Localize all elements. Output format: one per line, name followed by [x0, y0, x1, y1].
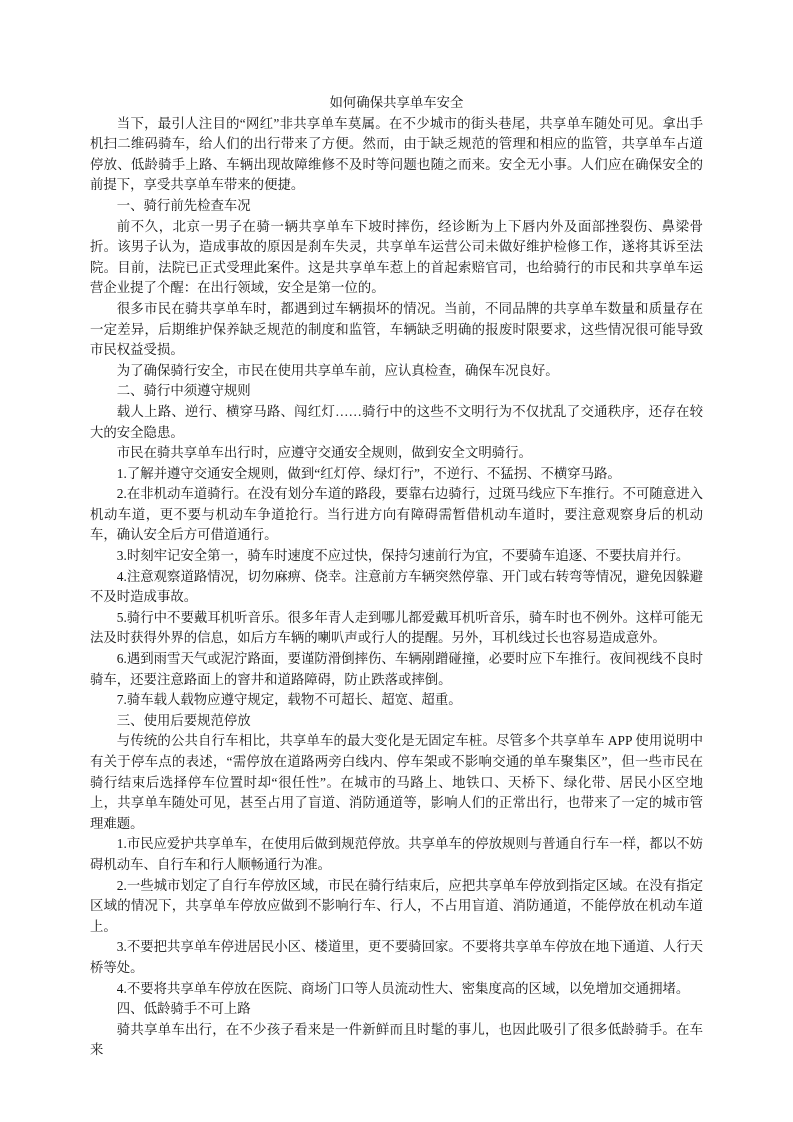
body-paragraph: 市民在骑共享单车出行时，应遵守交通安全规则，做到安全文明骑行。 [90, 443, 703, 464]
section-heading: 二、骑行中须遵守规则 [90, 381, 703, 402]
list-item-paragraph: 2.在非机动车道骑行。在没有划分车道的路段，要靠右边骑行，过斑马线应下车推行。不… [90, 484, 703, 546]
section-heading: 四、低龄骑手不可上路 [90, 999, 703, 1020]
body-paragraph: 前不久，北京一男子在骑一辆共享单车下坡时摔伤，经诊断为上下唇内外及面部挫裂伤、鼻… [90, 217, 703, 299]
list-item-paragraph: 1.市民应爱护共享单车，在使用后做到规范停放。共享单车的停放规则与普通自行车一样… [90, 834, 703, 875]
section-heading: 三、使用后要规范停放 [90, 711, 703, 732]
list-item-paragraph: 4.注意观察道路情况，切勿麻痹、侥幸。注意前方车辆突然停靠、开门或右转弯等情况，… [90, 567, 703, 608]
list-item-paragraph: 4.不要将共享单车停放在医院、商场门口等人员流动性大、密集度高的区域，以免增加交… [90, 979, 703, 1000]
body-paragraph: 很多市民在骑共享单车时，都遇到过车辆损坏的情况。当前，不同品牌的共享单车数量和质… [90, 299, 703, 361]
document-content: 如何确保共享单车安全 当下，最引人注目的“网红”非共享单车莫属。在不少城市的街头… [90, 93, 703, 1061]
body-paragraph: 骑共享单车出行，在不少孩子看来是一件新鲜而且时髦的事儿，也因此吸引了很多低龄骑手… [90, 1020, 703, 1061]
list-item-paragraph: 2.一些城市划定了自行车停放区域，市民在骑行结束后，应把共享单车停放到指定区域。… [90, 876, 703, 938]
body-paragraph: 为了确保骑行安全，市民在使用共享单车前，应认真检查，确保车况良好。 [90, 361, 703, 382]
body-paragraph: 与传统的公共自行车相比，共享单车的最大变化是无固定车桩。尽管多个共享单车 APP… [90, 731, 703, 834]
list-item-paragraph: 6.遇到雨雪天气或泥泞路面，要谨防滑倒摔伤、车辆剐蹭碰撞，必要时应下车推行。夜间… [90, 649, 703, 690]
list-item-paragraph: 3.不要把共享单车停进居民小区、楼道里，更不要骑回家。不要将共享单车停放在地下通… [90, 937, 703, 978]
body-paragraph: 当下，最引人注目的“网红”非共享单车莫属。在不少城市的街头巷尾，共享单车随处可见… [90, 114, 703, 196]
list-item-paragraph: 7.骑车载人载物应遵守规定，载物不可超长、超宽、超重。 [90, 690, 703, 711]
list-item-paragraph: 5.骑行中不要戴耳机听音乐。很多年青人走到哪儿都爱戴耳机听音乐，骑车时也不例外。… [90, 608, 703, 649]
list-item-paragraph: 1.了解并遵守交通安全规则，做到“红灯停、绿灯行”，不逆行、不猛拐、不横穿马路。 [90, 464, 703, 485]
section-heading: 一、骑行前先检查车况 [90, 196, 703, 217]
body-paragraph: 载人上路、逆行、横穿马路、闯红灯……骑行中的这些不文明行为不仅扰乱了交通秩序，还… [90, 402, 703, 443]
document-title: 如何确保共享单车安全 [90, 93, 703, 114]
document-page: 如何确保共享单车安全 当下，最引人注目的“网红”非共享单车莫属。在不少城市的街头… [0, 0, 793, 1122]
list-item-paragraph: 3.时刻牢记安全第一，骑车时速度不应过快，保持匀速前行为宜，不要骑车追逐、不要扶… [90, 546, 703, 567]
